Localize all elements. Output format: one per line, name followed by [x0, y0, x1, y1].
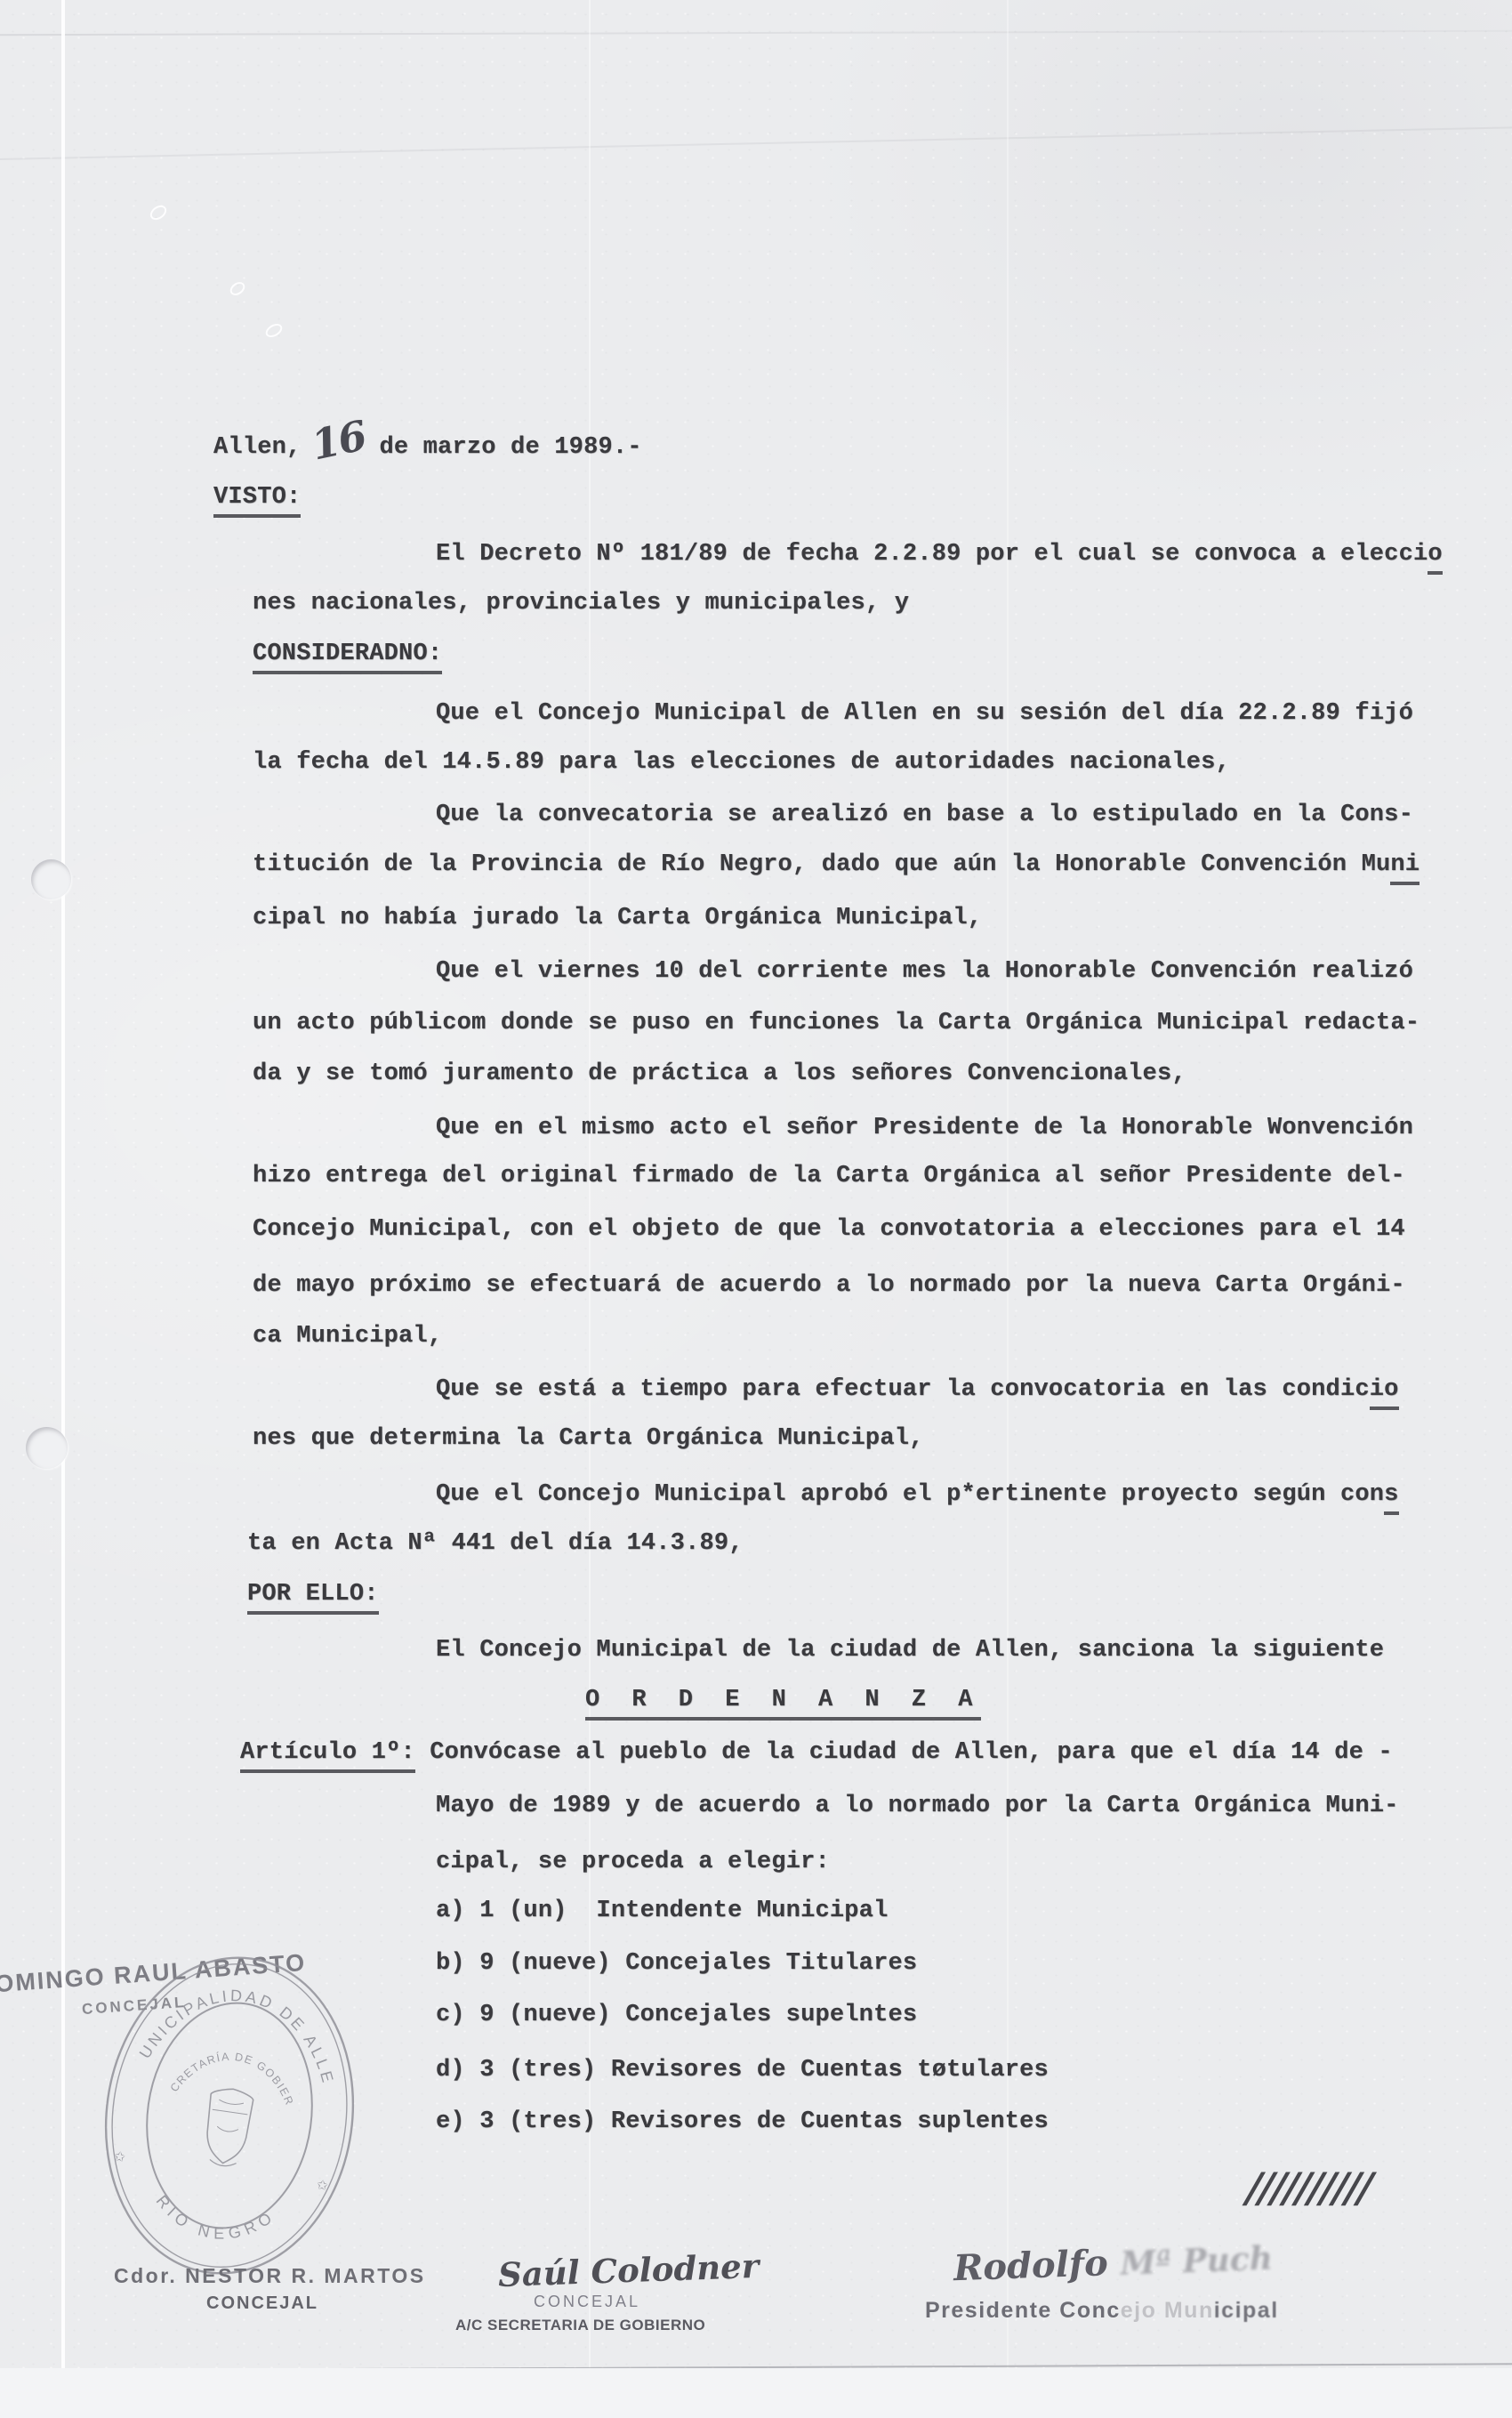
signature-rodolfo: RodolfoMª Puch	[953, 2237, 1273, 2289]
scan-seam	[61, 0, 65, 2418]
svg-text:RIO NEGRO: RIO NEGRO	[149, 2190, 281, 2251]
date-rest: de marzo de 1989.-	[379, 434, 641, 461]
ordenanza-title: O R D E N A N Z A	[585, 1687, 981, 1713]
typewritten-line: nes nacionales, provinciales y municipal…	[253, 590, 909, 617]
list-item-e: e) 3 (tres) Revisores de Cuentas suplent…	[436, 2108, 1049, 2135]
staple-mark	[148, 203, 169, 223]
municipal-seal: MUNICIPALIDAD DE ALLEN RIO NEGRO SECRETA…	[92, 1938, 367, 2293]
typewritten-line: un acto públicom donde se puso en funcio…	[253, 1010, 1420, 1036]
typewritten-line: Que en el mismo acto el señor Presidente…	[436, 1115, 1413, 1141]
scan-seam	[1007, 0, 1009, 2418]
typewritten-line: El Concejo Municipal de la ciudad de All…	[436, 1637, 1384, 1664]
end-of-text-slashes: //////////	[1239, 2164, 1368, 2212]
typewritten-line: ca Municipal,	[253, 1323, 442, 1350]
signature-colodner: Saúl Colodner	[497, 2246, 760, 2294]
typewritten-line: ta en Acta Nª 441 del día 14.3.89,	[247, 1530, 744, 1557]
typewritten-line: Que el viernes 10 del corriente mes la H…	[436, 958, 1413, 985]
typewritten-line: la fecha del 14.5.89 para las elecciones…	[253, 749, 1230, 776]
typewritten-line: Que el Concejo Municipal aprobó el p*ert…	[436, 1481, 1399, 1508]
signature-rodolfo-scribble: Mª Puch	[1120, 2240, 1274, 2283]
list-item-d: d) 3 (tres) Revisores de Cuentas tøtular…	[436, 2057, 1049, 2084]
typewritten-line: El Decreto Nº 181/89 de fecha 2.2.89 por…	[436, 541, 1443, 568]
typewritten-line: nes que determina la Carta Orgánica Muni…	[253, 1425, 924, 1452]
signatory-martos-name: Cdor. NESTOR R. MARTOS	[114, 2264, 426, 2288]
date-line: Allen,16de marzo de 1989.-	[213, 425, 642, 461]
staple-mark	[263, 321, 285, 340]
typewritten-line: Que el Concejo Municipal de Allen en su …	[436, 700, 1413, 727]
heading-por-ello: POR ELLO:	[247, 1581, 379, 1608]
seal-star-left: ✩	[113, 2148, 126, 2165]
svg-text:SECRETARÍA DE GOBIERNO: SECRETARÍA DE GOBIERNO	[165, 2042, 302, 2127]
punch-hole	[31, 859, 71, 899]
seal-text-secretaria: SECRETARÍA DE GOBIERNO	[165, 2042, 302, 2127]
typewritten-line: Que la convecatoria se arealizó en base …	[436, 802, 1413, 828]
typewritten-line: cipal no había jurado la Carta Orgánica …	[253, 905, 982, 931]
punch-hole	[26, 1427, 68, 1469]
seal-text-rio-negro: RIO NEGRO	[149, 2190, 281, 2251]
signatory-presidente-role: Presidente Concejo Municipal	[925, 2298, 1279, 2324]
list-item-b: b) 9 (nueve) Concejales Titulares	[436, 1950, 917, 1977]
typewritten-line: da y se tomó juramento de práctica a los…	[253, 1060, 1186, 1087]
typewritten-line: Mayo de 1989 y de acuerdo a lo normado p…	[436, 1793, 1399, 1819]
seal-shield	[201, 2086, 254, 2169]
typewritten-line: de mayo próximo se efectuará de acuerdo …	[253, 1272, 1405, 1299]
articulo-1-line: Artículo 1º: Convócase al pueblo de la c…	[240, 1739, 1393, 1766]
date-city: Allen,	[213, 434, 301, 461]
signatory-colodner-subrole: A/C SECRETARIA DE GOBIERNO	[455, 2317, 705, 2334]
scanned-page: Allen,16de marzo de 1989.- VISTO:El Decr…	[0, 0, 1512, 2418]
signatory-colodner-role: CONCEJAL	[534, 2293, 640, 2311]
signatory-martos-role: CONCEJAL	[206, 2293, 318, 2314]
typewritten-line: cipal, se proceda a elegir:	[436, 1849, 830, 1875]
list-item-c: c) 9 (nueve) Concejales supelntes	[436, 2002, 917, 2028]
seal-star-right: ✩	[316, 2177, 329, 2194]
paper-top-edge	[0, 30, 1512, 36]
heading-considerando: CONSIDERADNO:	[253, 641, 442, 667]
typewritten-line: Concejo Municipal, con el objeto de que …	[253, 1216, 1405, 1243]
staple-mark	[228, 279, 247, 298]
scan-seam	[589, 0, 591, 2418]
heading-visto: VISTO:	[213, 484, 301, 511]
typewritten-line: Que se está a tiempo para efectuar la co…	[436, 1376, 1399, 1403]
handwritten-day: 16	[310, 422, 367, 459]
list-item-a: a) 1 (un) Intendente Municipal	[436, 1898, 888, 1924]
typewritten-line: hizo entrega del original firmado de la …	[253, 1163, 1405, 1189]
typewritten-line: titución de la Provincia de Río Negro, d…	[253, 851, 1420, 878]
signature-rodolfo-name: Rodolfo	[953, 2242, 1108, 2289]
paper-fold-crease	[0, 126, 1512, 161]
scanner-background	[0, 2368, 1512, 2418]
